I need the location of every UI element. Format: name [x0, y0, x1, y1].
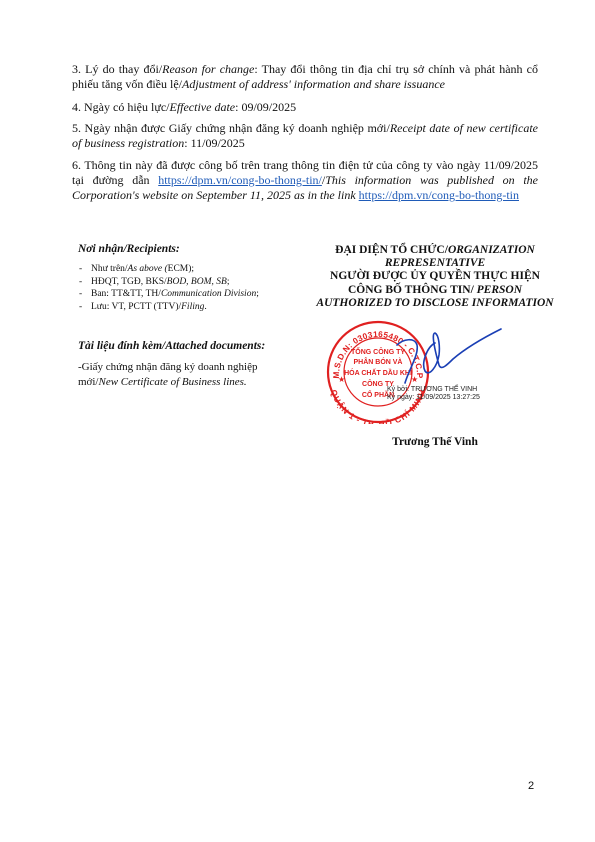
signer-name: Trương Thế Vinh [300, 436, 570, 448]
attachments-heading: Tài liệu đính kèm/Attached documents: [78, 340, 298, 352]
rep-line2-en: REPRESENTATIVE [385, 257, 485, 269]
recipient-tail: ; [256, 289, 259, 299]
item-receipt-date: 5. Ngày nhận được Giấy chứng nhận đăng k… [72, 121, 538, 151]
rep-line4-en: PERSON [477, 284, 522, 296]
rep-line4-vi: CÔNG BỐ THÔNG TIN/ [348, 284, 477, 296]
list-item: Ban: TT&TT, TH/Communication Division; [78, 288, 298, 301]
rep-line-3: NGƯỜI ĐƯỢC ỦY QUYỀN THỰC HIỆN [300, 270, 570, 283]
rep-line-5: AUTHORIZED TO DISCLOSE INFORMATION [300, 297, 570, 310]
website-link-1[interactable]: https://dpm.vn/cong-bo-thong-tin/ [158, 173, 322, 187]
item4-label-en: Effective date [169, 100, 235, 114]
item-reason-for-change: 3. Lý do thay đổi/Reason for change: Tha… [72, 62, 538, 92]
list-item: HĐQT, TGĐ, BKS/BOD, BOM, SB; [78, 276, 298, 289]
handwritten-signature-icon [395, 325, 505, 395]
recipient-vi: HĐQT, TGĐ, BKS/ [91, 277, 167, 287]
recipient-en: BOD, BOM, SB [167, 277, 227, 287]
recipient-vi: Như trên/ [91, 264, 128, 274]
rep-line1-en: ORGANIZATION [448, 244, 535, 256]
document-page: 3. Lý do thay đổi/Reason for change: Tha… [0, 0, 595, 842]
signed-on-text: Ký ngày: 11/09/2025 13:27:25 [387, 394, 480, 402]
recipient-tail: . [204, 302, 206, 312]
recipient-vi: Lưu: VT, PCTT (TTV)/ [91, 302, 181, 312]
rep-line-2: REPRESENTATIVE [300, 257, 570, 270]
item3-text-en: Adjustment of address' information and s… [182, 77, 445, 91]
item3-label-en: Reason for change [162, 62, 254, 76]
recipients-list: Như trên/As above (ECM); HĐQT, TGĐ, BKS/… [78, 263, 298, 314]
recipient-tail: ECM); [168, 264, 194, 274]
item-effective-date: 4. Ngày có hiệu lực/Effective date: 09/0… [72, 100, 538, 115]
recipient-vi: Ban: TT&TT, TH/ [91, 289, 161, 299]
digital-signature-stamp: Ký bởi: TRƯƠNG THẾ VINH Ký ngày: 11/09/2… [387, 386, 480, 402]
rep-line-1: ĐẠI DIỆN TỔ CHỨC/ORGANIZATION [300, 244, 570, 257]
item5-prefix: 5. Ngày nhận được Giấy chứng nhận đăng k… [72, 121, 390, 135]
effective-date-value: : 09/09/2025 [235, 100, 296, 114]
recipient-en: Communication Division [161, 289, 256, 299]
rep-line1-vi: ĐẠI DIỆN TỔ CHỨC/ [335, 244, 448, 256]
recipient-en: As above ( [128, 264, 168, 274]
representative-title: ĐẠI DIỆN TỔ CHỨC/ORGANIZATION REPRESENTA… [300, 244, 570, 310]
attachments-section: Tài liệu đính kèm/Attached documents: -G… [78, 340, 298, 389]
attachment-item: -Giấy chứng nhận đăng ký doanh nghiệp mớ… [78, 360, 278, 389]
list-item: Lưu: VT, PCTT (TTV)/Filing. [78, 301, 298, 314]
website-link-2[interactable]: https://dpm.vn/cong-bo-thong-tin [359, 188, 519, 202]
item4-prefix: 4. Ngày có hiệu lực/ [72, 100, 169, 114]
attachment-en: New Certificate of Business lines. [99, 376, 247, 388]
item3-prefix: 3. Lý do thay đổi/ [72, 62, 162, 76]
receipt-date-value: : 11/09/2025 [184, 136, 245, 150]
recipient-en: Filing [181, 302, 204, 312]
recipient-tail: ; [227, 277, 230, 287]
rep-line-4: CÔNG BỐ THÔNG TIN/ PERSON [300, 284, 570, 297]
item-publication-info: 6. Thông tin này đã được công bố trên tr… [72, 158, 538, 203]
rep-line5-en: AUTHORIZED TO DISCLOSE INFORMATION [316, 297, 553, 309]
page-number: 2 [528, 780, 534, 792]
signed-by-text: Ký bởi: TRƯƠNG THẾ VINH [387, 386, 480, 394]
recipients-heading: Nơi nhận/Recipients: [78, 243, 298, 255]
list-item: Như trên/As above (ECM); [78, 263, 298, 276]
recipients-section: Nơi nhận/Recipients: Như trên/As above (… [78, 243, 298, 314]
